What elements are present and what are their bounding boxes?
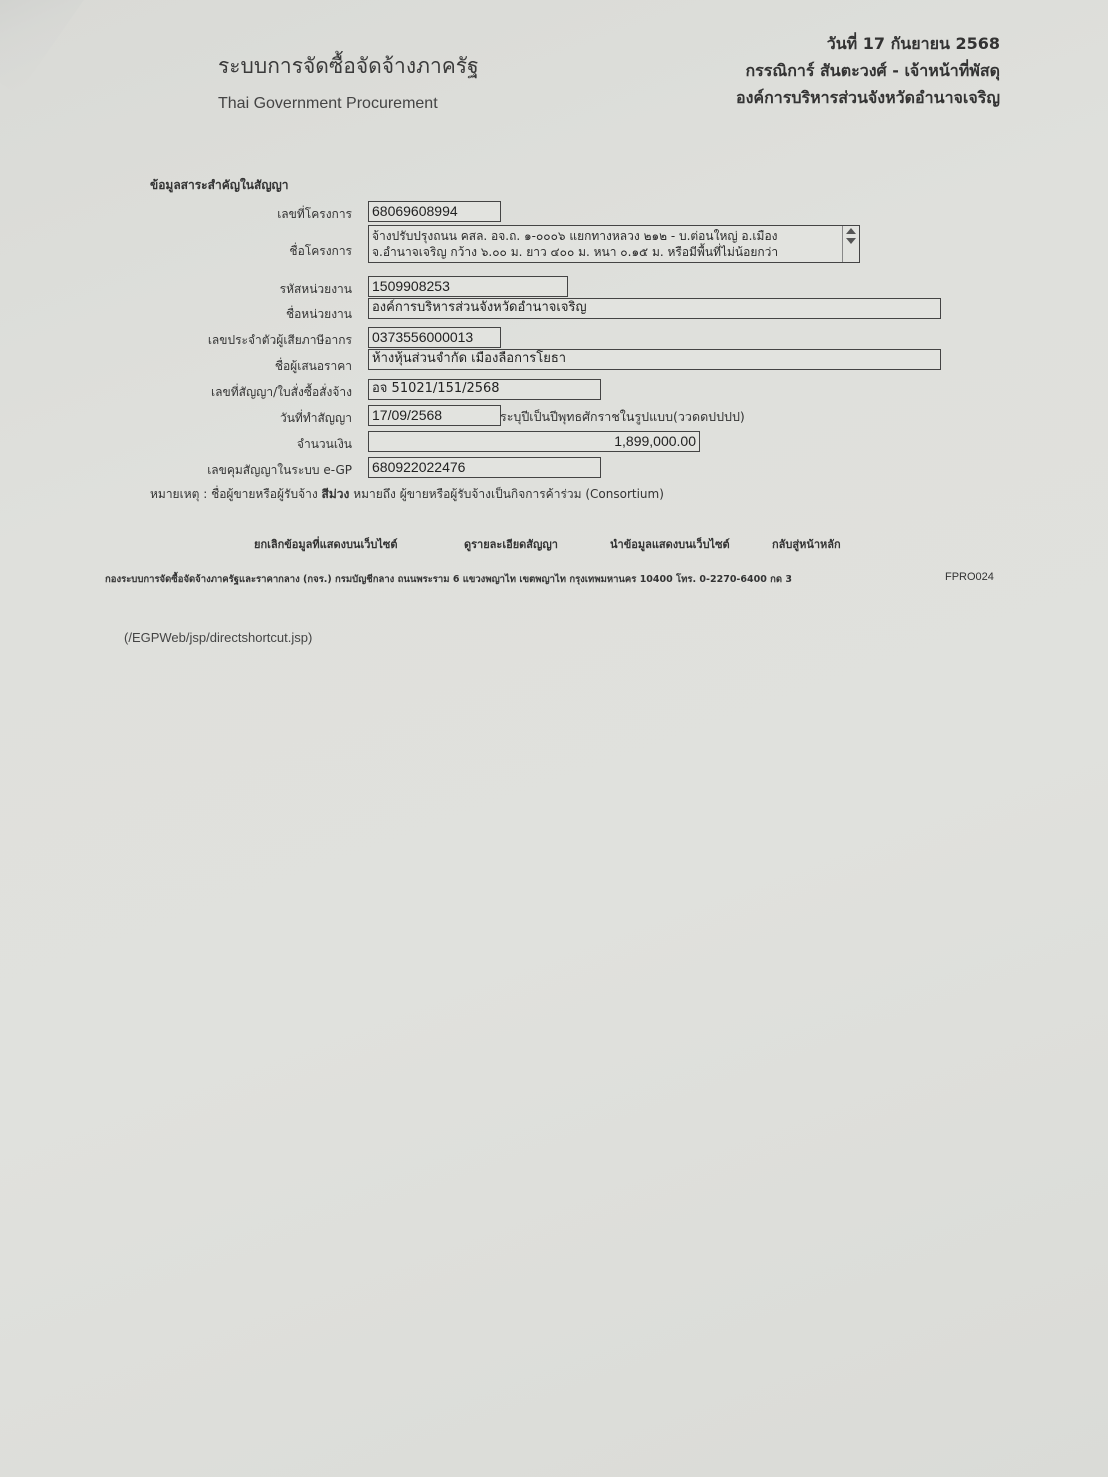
label-project-name: ชื่อโครงการ [152,242,352,261]
contract-date-field[interactable]: 17/09/2568 [368,405,501,426]
label-project-no: เลขที่โครงการ [152,205,352,224]
label-contract-date: วันที่ทำสัญญา [152,409,352,428]
note-prefix: หมายเหตุ : ชื่อผู้ขายหรือผู้รับจ้าง [150,487,322,501]
form-code: FPRO024 [945,571,994,583]
site-title-english: Thai Government Procurement [218,95,438,113]
print-date: วันที่ 17 กันยายน 2568 [736,30,1000,57]
site-title-thai: ระบบการจัดซื้อจัดจ้างภาครัฐ [218,50,479,83]
label-agency-name: ชื่อหน่วยงาน [152,305,352,324]
page-fold-shadow [0,0,86,95]
tax-id-field[interactable]: 0373556000013 [368,327,501,348]
consortium-note: หมายเหตุ : ชื่อผู้ขายหรือผู้รับจ้าง สีม่… [150,485,664,504]
bidder-name-field[interactable]: ห้างหุ้นส่วนจำกัด เมืองลือการโยธา [368,349,941,370]
project-name-field[interactable]: จ้างปรับปรุงถนน คสล. อจ.ถ. ๑-๐๐๐๖ แยกทาง… [368,225,860,263]
scroll-up-icon[interactable] [846,228,856,234]
label-tax-id: เลขประจำตัวผู้เสียภาษีอากร [152,331,352,350]
label-agency-code: รหัสหน่วยงาน [152,280,352,299]
contract-date-hint: ระบุปีเป็นปีพุทธศักราชในรูปแบบ(ววดดปปปป) [500,407,745,427]
egp-no-field[interactable]: 680922022476 [368,457,601,478]
agency-name-field[interactable]: องค์การบริหารส่วนจังหวัดอำนาจเจริญ [368,298,941,319]
label-bidder-name: ชื่อผู้เสนอราคา [152,357,352,376]
print-stamp: วันที่ 17 กันยายน 2568 กรรณิการ์ สันตะวง… [736,30,1000,111]
agency-name-header: องค์การบริหารส่วนจังหวัดอำนาจเจริญ [736,84,1000,111]
officer-name: กรรณิการ์ สันตะวงศ์ - เจ้าหน้าที่พัสดุ [736,57,1000,84]
home-link[interactable]: กลับสู่หน้าหลัก [772,535,841,553]
label-egp-no: เลขคุมสัญญาในระบบ e-GP [152,461,352,480]
section-title: ข้อมูลสาระสำคัญในสัญญา [150,176,289,195]
scroll-down-icon[interactable] [846,238,856,244]
cancel-display-link[interactable]: ยกเลิกข้อมูลที่แสดงบนเว็บไซต์ [254,535,398,553]
publish-link[interactable]: นำข้อมูลแสดงบนเว็บไซต์ [610,535,730,553]
project-no-field[interactable]: 68069608994 [368,201,501,222]
project-name-text: จ้างปรับปรุงถนน คสล. อจ.ถ. ๑-๐๐๐๖ แยกทาง… [372,229,778,259]
label-contract-no: เลขที่สัญญา/ใบสั่งซื้อสั่งจ้าง [152,383,352,402]
view-contract-link[interactable]: ดูรายละเอียดสัญญา [464,535,558,553]
project-name-scrollbar[interactable] [842,226,859,262]
agency-code-field[interactable]: 1509908253 [368,276,568,297]
contract-no-field[interactable]: อจ 51021/151/2568 [368,379,601,400]
amount-field[interactable]: 1,899,000.00 [368,431,700,452]
page-path: (/EGPWeb/jsp/directshortcut.jsp) [124,630,312,645]
note-emphasis: สีม่วง [322,487,350,501]
footer-address: กองระบบการจัดซื้อจัดจ้างภาครัฐและราคากลา… [105,572,792,587]
note-suffix: หมายถึง ผู้ขายหรือผู้รับจ้างเป็นกิจการค้… [349,487,664,501]
label-amount: จำนวนเงิน [152,435,352,454]
